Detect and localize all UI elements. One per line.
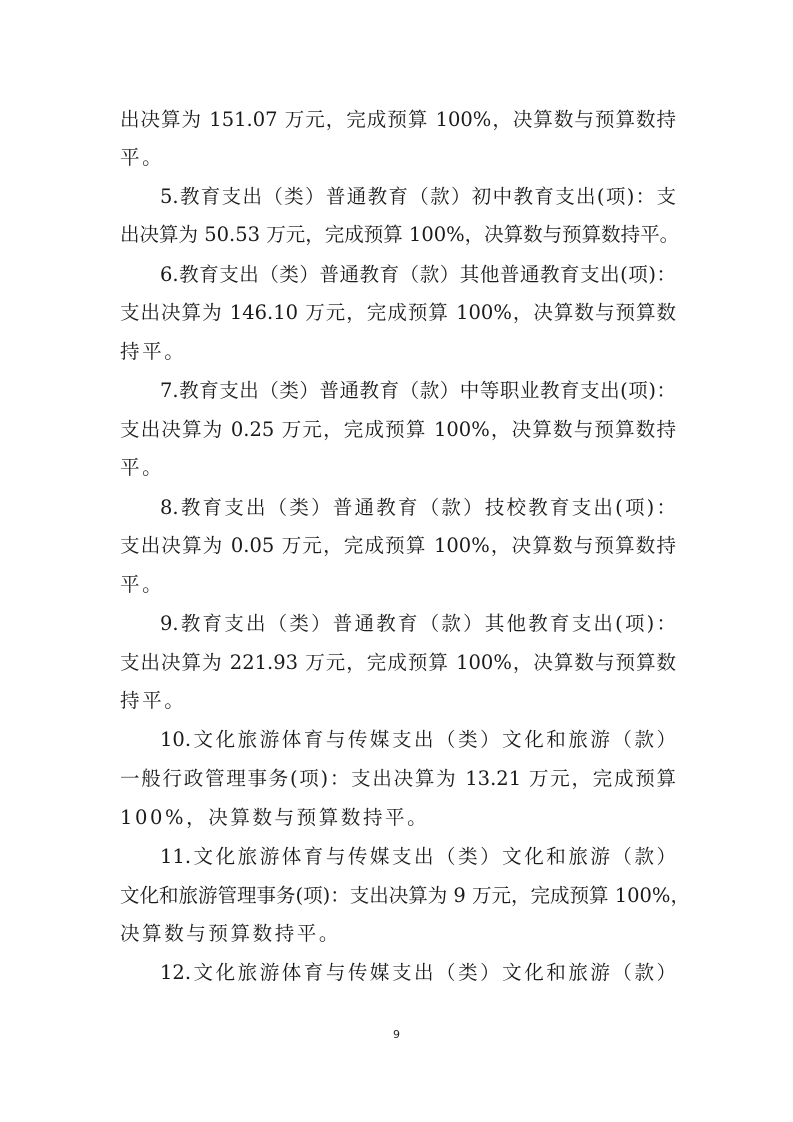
paragraph-first-line: 9.教育支出（类）普通教育（款）其他教育支出(项)： (160, 611, 676, 637)
paragraph-line: 文化和旅游管理事务(项)：支出决算为 9 万元，完成预算 100%， (120, 883, 676, 909)
paragraph-line: 支出决算为 221.93 万元，完成预算 100%，决算数与预算数 (120, 650, 676, 676)
paragraph-line: 一般行政管理事务(项)：支出决算为 13.21 万元，完成预算 (120, 766, 676, 792)
document-page: 出决算为 151.07 万元，完成预算 100%，决算数与预算数持平。5.教育支… (0, 0, 793, 1122)
paragraph-line: 决算数与预算数持平。 (120, 921, 676, 947)
page-number: 9 (0, 1028, 793, 1041)
paragraph-line: 出决算为 50.53 万元，完成预算 100%，决算数与预算数持平。 (120, 222, 676, 248)
paragraph-first-line: 10.文化旅游体育与传媒支出（类）文化和旅游（款） (160, 727, 676, 753)
paragraph-first-line: 11.文化旅游体育与传媒支出（类）文化和旅游（款） (160, 844, 676, 870)
paragraph-line: 100%，决算数与预算数持平。 (120, 805, 676, 831)
paragraph-line: 持平。 (120, 688, 676, 714)
paragraph-line: 支出决算为 0.25 万元，完成预算 100%，决算数与预算数持 (120, 417, 676, 443)
paragraph-line: 平。 (120, 455, 676, 481)
paragraph-first-line: 7.教育支出（类）普通教育（款）中等职业教育支出(项)： (160, 378, 676, 404)
paragraph-line: 支出决算为 146.10 万元，完成预算 100%，决算数与预算数 (120, 300, 676, 326)
paragraph-line: 持平。 (120, 339, 676, 365)
paragraph-first-line: 6.教育支出（类）普通教育（款）其他普通教育支出(项)： (160, 262, 676, 288)
paragraph-line: 支出决算为 0.05 万元，完成预算 100%，决算数与预算数持 (120, 533, 676, 559)
paragraph-line: 平。 (120, 572, 676, 598)
paragraph-first-line: 8.教育支出（类）普通教育（款）技校教育支出(项)： (160, 495, 676, 521)
paragraph-first-line: 12.文化旅游体育与传媒支出（类）文化和旅游（款） (160, 960, 676, 986)
paragraph-line: 平。 (120, 145, 676, 171)
paragraph-first-line: 5.教育支出（类）普通教育（款）初中教育支出(项)：支 (160, 184, 676, 210)
paragraph-line: 出决算为 151.07 万元，完成预算 100%，决算数与预算数持 (120, 107, 676, 133)
